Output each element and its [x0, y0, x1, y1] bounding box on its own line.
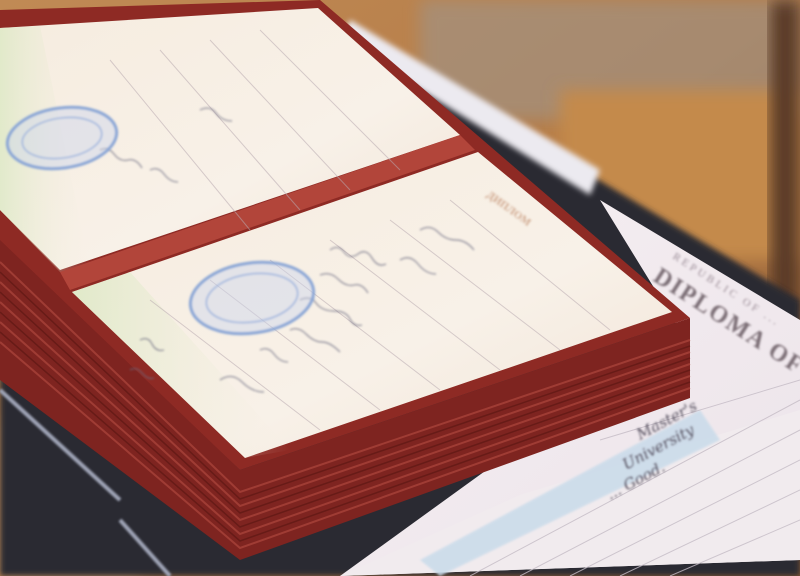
photo-canvas: REPUBLIC OF ... DIPLOMA OF MAS Master's …	[0, 0, 800, 576]
diploma-photo: REPUBLIC OF ... DIPLOMA OF MAS Master's …	[0, 0, 800, 576]
